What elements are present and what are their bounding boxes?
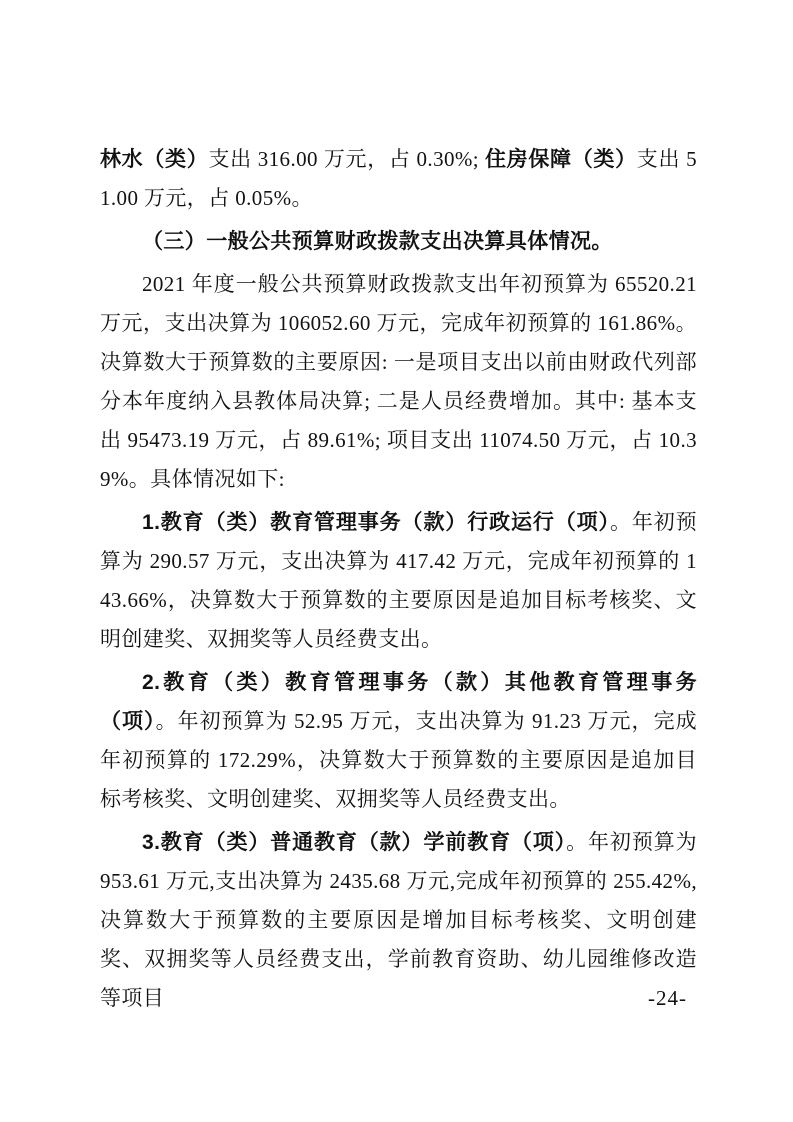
paragraph-overview: 2021 年度一般公共预算财政拨款支出年初预算为 65520.21 万元，支出决… — [100, 265, 697, 499]
bold-category-housing-security: 住房保障（类） — [485, 148, 637, 171]
paragraph-continuation: 林水（类）支出 316.00 万元，占 0.30%; 住房保障（类）支出 51.… — [100, 140, 697, 218]
paragraph-item-3: 3.教育（类）普通教育（款）学前教育（项）。年初预算为 953.61 万元,支出… — [100, 823, 697, 1018]
bold-category-agriculture-water: 林水（类） — [100, 148, 208, 171]
section-heading: （三）一般公共预算财政拨款支出决算具体情况。 — [100, 222, 697, 261]
item-1-title: 1.教育（类）教育管理事务（款）行政运行（项） — [142, 511, 610, 534]
item-3-title: 3.教育（类）普通教育（款）学前教育（项） — [142, 831, 566, 854]
document-body: 林水（类）支出 316.00 万元，占 0.30%; 住房保障（类）支出 51.… — [100, 140, 697, 1022]
page-number: -24- — [648, 986, 687, 1011]
item-2-body: 。年初预算为 52.95 万元，支出决算为 91.23 万元，完成年初预算的 1… — [100, 709, 697, 811]
text-run: 支出 316.00 万元，占 0.30%; — [208, 147, 485, 171]
item-3-body: 。年初预算为 953.61 万元,支出决算为 2435.68 万元,完成年初预算… — [100, 830, 697, 1010]
paragraph-item-1: 1.教育（类）教育管理事务（款）行政运行（项）。年初预算为 290.57 万元，… — [100, 503, 697, 659]
paragraph-item-2: 2.教育（类）教育管理事务（款）其他教育管理事务（项）。年初预算为 52.95 … — [100, 663, 697, 819]
document-page: 林水（类）支出 316.00 万元，占 0.30%; 住房保障（类）支出 51.… — [0, 0, 793, 1122]
